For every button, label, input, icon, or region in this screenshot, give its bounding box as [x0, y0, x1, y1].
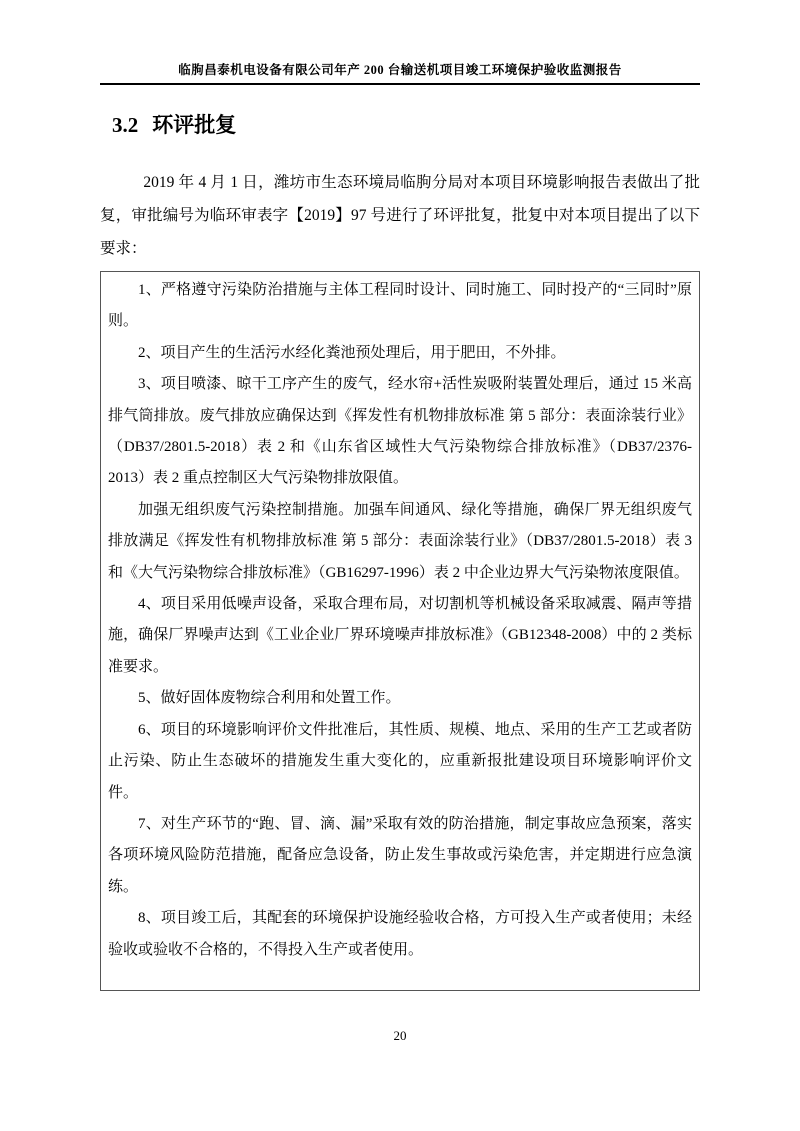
section-heading: 3.2环评批复 [112, 111, 700, 139]
approval-requirements-box: 1、严格遵守污染防治措施与主体工程同时设计、同时施工、同时投产的“三同时”原则。… [100, 271, 700, 991]
approval-paragraph: 6、项目的环境影响评价文件批准后，其性质、规模、地点、采用的生产工艺或者防止污染… [108, 715, 692, 809]
approval-paragraph: 3、项目喷漆、晾干工序产生的废气，经水帘+活性炭吸附装置处理后，通过 15 米高… [108, 369, 692, 495]
section-number: 3.2 [112, 113, 138, 137]
report-header-title: 临朐昌泰机电设备有限公司年产 200 台输送机项目竣工环境保护验收监测报告 [100, 60, 700, 85]
intro-paragraph: 2019 年 4 月 1 日，潍坊市生态环境局临朐分局对本项目环境影响报告表做出… [100, 166, 700, 265]
document-page: 临朐昌泰机电设备有限公司年产 200 台输送机项目竣工环境保护验收监测报告 3.… [0, 0, 800, 1131]
approval-paragraph: 5、做好固体废物综合利用和处置工作。 [108, 683, 692, 714]
approval-paragraph: 2、项目产生的生活污水经化粪池预处理后，用于肥田，不外排。 [108, 338, 692, 369]
approval-paragraph: 加强无组织废气污染控制措施。加强车间通风、绿化等措施，确保厂界无组织废气排放满足… [108, 495, 692, 589]
approval-paragraph: 8、项目竣工后，其配套的环境保护设施经验收合格，方可投入生产或者使用；未经验收或… [108, 903, 692, 966]
page-number: 20 [0, 1028, 800, 1044]
approval-paragraph: 7、对生产环节的“跑、冒、滴、漏”采取有效的防治措施，制定事故应急预案，落实各项… [108, 809, 692, 903]
approval-paragraph: 1、严格遵守污染防治措施与主体工程同时设计、同时施工、同时投产的“三同时”原则。 [108, 275, 692, 338]
approval-paragraph: 4、项目采用低噪声设备，采取合理布局，对切割机等机械设备采取减震、隔声等措施，确… [108, 589, 692, 683]
section-title: 环评批复 [152, 113, 236, 137]
